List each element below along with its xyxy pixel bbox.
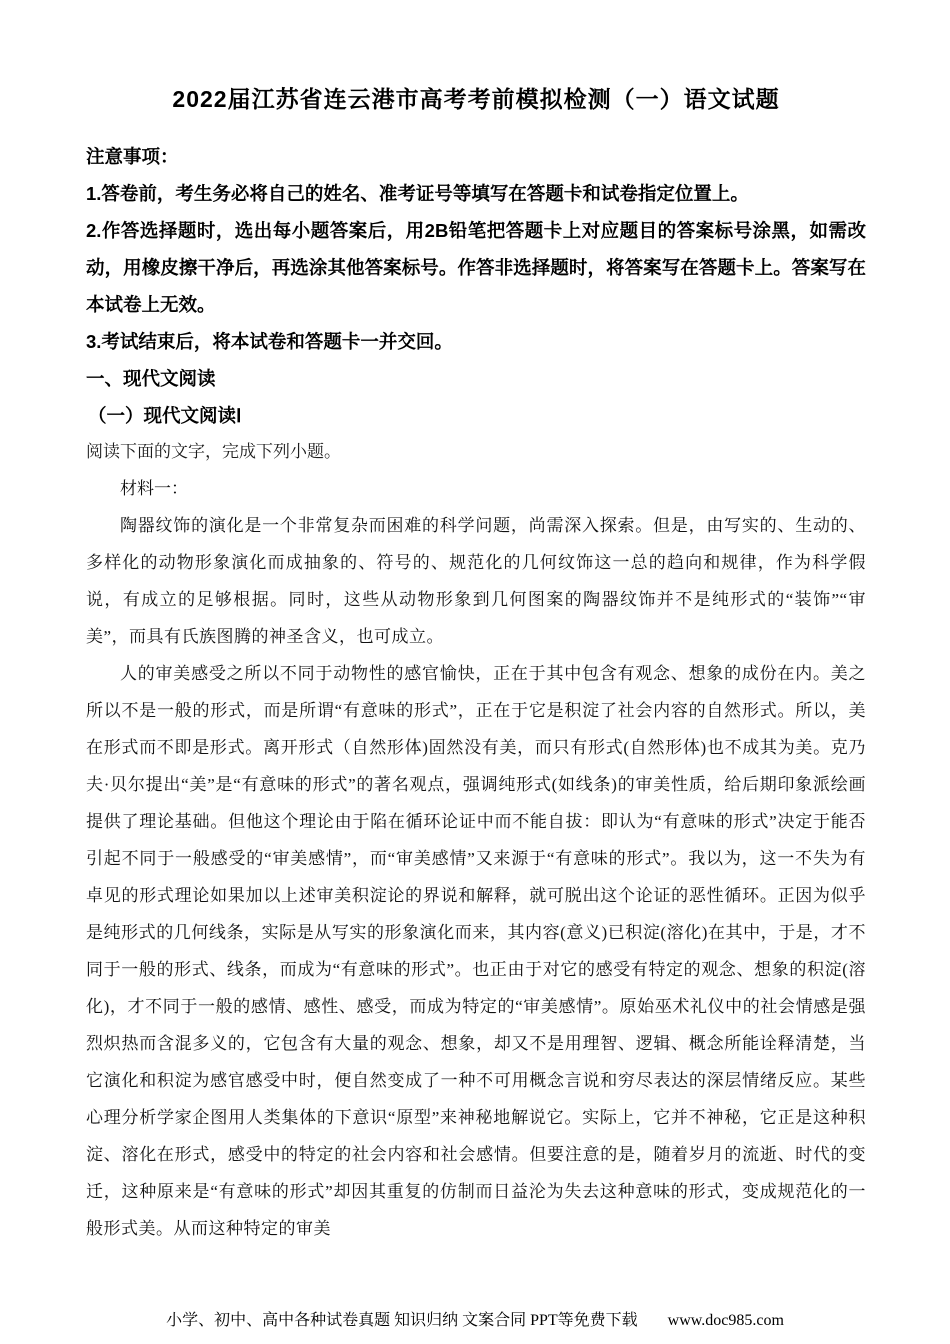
document-page: 2022届江苏省连云港市高考考前模拟检测（一）语文试题 注意事项： 1.答卷前，…	[0, 0, 950, 1344]
notice-item-3: 3.考试结束后，将本试卷和答题卡一并交回。	[86, 323, 866, 360]
material-paragraph-1: 陶器纹饰的演化是一个非常复杂而困难的科学问题，尚需深入探索。但是，由写实的、生动…	[86, 507, 866, 655]
footer-text: 小学、初中、高中各种试卷真题 知识归纳 文案合同 PPT等免费下载	[166, 1312, 638, 1329]
page-footer: 小学、初中、高中各种试卷真题 知识归纳 文案合同 PPT等免费下载www.doc…	[0, 1310, 950, 1332]
material-one-label: 材料一：	[86, 470, 866, 507]
footer-url: www.doc985.com	[668, 1312, 784, 1329]
reading-instruction: 阅读下面的文字，完成下列小题。	[86, 434, 866, 470]
notice-item-2: 2.作答选择题时，选出每小题答案后，用2B铅笔把答题卡上对应题目的答案标号涂黑，…	[86, 212, 866, 323]
notice-heading: 注意事项：	[86, 138, 866, 175]
section-heading-modern-reading: 一、现代文阅读	[86, 360, 866, 397]
page-title: 2022届江苏省连云港市高考考前模拟检测（一）语文试题	[86, 82, 866, 116]
notice-item-1: 1.答卷前，考生务必将自己的姓名、准考证号等填写在答题卡和试卷指定位置上。	[86, 175, 866, 212]
subsection-heading-reading-1: （一）现代文阅读Ⅰ	[86, 397, 866, 434]
material-paragraph-2: 人的审美感受之所以不同于动物性的感官愉快，正在于其中包含有观念、想象的成份在内。…	[86, 655, 866, 1247]
